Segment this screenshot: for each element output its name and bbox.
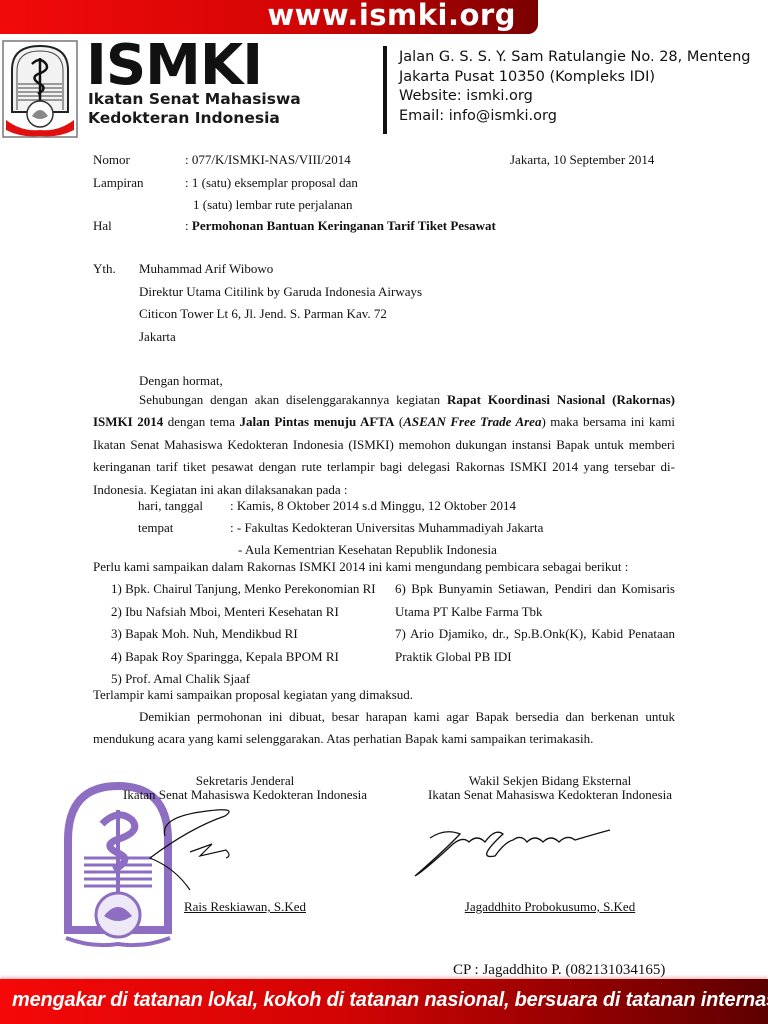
brand-subtitle-line: Kedokteran Indonesia	[88, 109, 301, 128]
yth-label: Yth.	[93, 258, 116, 281]
lampiran-value: : 1 (satu) eksemplar proposal dan	[185, 175, 358, 191]
speaker-item: 1) Bpk. Chairul Tanjung, Menko Perekonom…	[111, 578, 376, 601]
signature-right: Wakil Sekjen Bidang Eksternal Ikatan Sen…	[410, 774, 690, 802]
speakers-list-left: 1) Bpk. Chairul Tanjung, Menko Perekonom…	[111, 578, 376, 691]
afta-expansion: ASEAN Free Trade Area	[403, 414, 541, 429]
signer-title: Wakil Sekjen Bidang Eksternal	[410, 774, 690, 788]
letter-date: Jakarta, 10 September 2014	[510, 152, 654, 168]
speakers-list-right: 6) Bpk Bunyamin Setiawan, Pendiri dan Ko…	[395, 578, 675, 668]
address-email[interactable]: Email: info@ismki.org	[399, 107, 751, 127]
speaker-item: 7) Ario Djamiko, dr., Sp.B.Onk(K), Kabid…	[395, 623, 675, 668]
address-street: Jalan G. S. S. Y. Sam Ratulangie No. 28,…	[399, 48, 751, 68]
paragraph-intro: Sehubungan dengan akan diselenggarakanny…	[93, 389, 675, 501]
signer-name: Rais Reskiawan, S.Ked	[184, 899, 306, 914]
recipient-name: Muhammad Arif Wibowo	[139, 258, 422, 281]
website-banner: www.ismki.org	[0, 0, 538, 34]
event-theme: Jalan Pintas menuju AFTA	[240, 414, 395, 429]
nomor-value: : 077/K/ISMKI-NAS/VIII/2014	[185, 152, 351, 168]
signature-scribble-right-icon	[405, 820, 615, 880]
hal-subject: Permohonan Bantuan Keringanan Tarif Tike…	[192, 218, 496, 233]
hal-label: Hal	[93, 218, 112, 234]
recipient-address: Citicon Tower Lt 6, Jl. Jend. S. Parman …	[139, 303, 422, 326]
header-divider	[383, 46, 387, 134]
attachment-note: Terlampir kami sampaikan proposal kegiat…	[93, 684, 675, 706]
brand-subtitle-line: Ikatan Senat Mahasiswa	[88, 90, 301, 109]
text-run: Sehubungan dengan akan diselenggarakanny…	[139, 392, 447, 407]
speakers-intro: Perlu kami sampaikan dalam Rakornas ISMK…	[93, 556, 675, 578]
signer-right-name-wrap: Jagaddhito Probokusumo, S.Ked	[410, 900, 690, 914]
speaker-item: 4) Bapak Roy Sparingga, Kepala BPOM RI	[111, 646, 376, 669]
speaker-item: 3) Bapak Moh. Nuh, Mendikbud RI	[111, 623, 376, 646]
text-run: (	[394, 414, 403, 429]
closing-paragraph: Demikian permohonan ini dibuat, besar ha…	[93, 706, 675, 751]
text-run: dengan tema	[163, 414, 239, 429]
signer-org: Ikatan Senat Mahasiswa Kedokteran Indone…	[410, 788, 690, 802]
nomor-label: Nomor	[93, 152, 130, 168]
address-block: Jalan G. S. S. Y. Sam Ratulangie No. 28,…	[399, 48, 751, 126]
brand-name: ISMKI	[86, 38, 262, 94]
signature-scribble-left-icon	[130, 800, 260, 895]
place-value-1: : - Fakultas Kedokteran Universitas Muha…	[230, 520, 543, 536]
signature-left: Sekretaris Jenderal Ikatan Senat Mahasis…	[120, 774, 370, 802]
signer-name: Jagaddhito Probokusumo, S.Ked	[465, 899, 635, 914]
lampiran-value-2: 1 (satu) lembar rute perjalanan	[193, 197, 353, 213]
signer-left-name-wrap: Rais Reskiawan, S.Ked	[120, 900, 370, 914]
ismki-emblem-icon	[2, 40, 78, 138]
signer-title: Sekretaris Jenderal	[120, 774, 370, 788]
brand-subtitle: Ikatan Senat Mahasiswa Kedokteran Indone…	[88, 90, 301, 128]
website-url[interactable]: www.ismki.org	[267, 0, 516, 32]
hal-value: : Permohonan Bantuan Keringanan Tarif Ti…	[185, 218, 496, 234]
speaker-item: 6) Bpk Bunyamin Setiawan, Pendiri dan Ko…	[395, 578, 675, 623]
recipient-title: Direktur Utama Citilink by Garuda Indone…	[139, 281, 422, 304]
address-city: Jakarta Pusat 10350 (Kompleks IDI)	[399, 68, 751, 88]
day-value: : Kamis, 8 Oktober 2014 s.d Minggu, 12 O…	[230, 498, 516, 514]
hal-prefix: :	[185, 218, 192, 233]
place-label: tempat	[138, 520, 173, 536]
motto-text: mengakar di tatanan lokal, kokoh di tata…	[12, 989, 768, 1012]
recipient-city: Jakarta	[139, 326, 422, 349]
contact-person: CP : Jagaddhito P. (082131034165)	[453, 962, 665, 979]
address-website[interactable]: Website: ismki.org	[399, 87, 751, 107]
lampiran-label: Lampiran	[93, 175, 144, 191]
speaker-item: 2) Ibu Nafsiah Mboi, Menteri Kesehatan R…	[111, 601, 376, 624]
motto-banner: mengakar di tatanan lokal, kokoh di tata…	[0, 979, 768, 1024]
day-label: hari, tanggal	[138, 498, 203, 514]
